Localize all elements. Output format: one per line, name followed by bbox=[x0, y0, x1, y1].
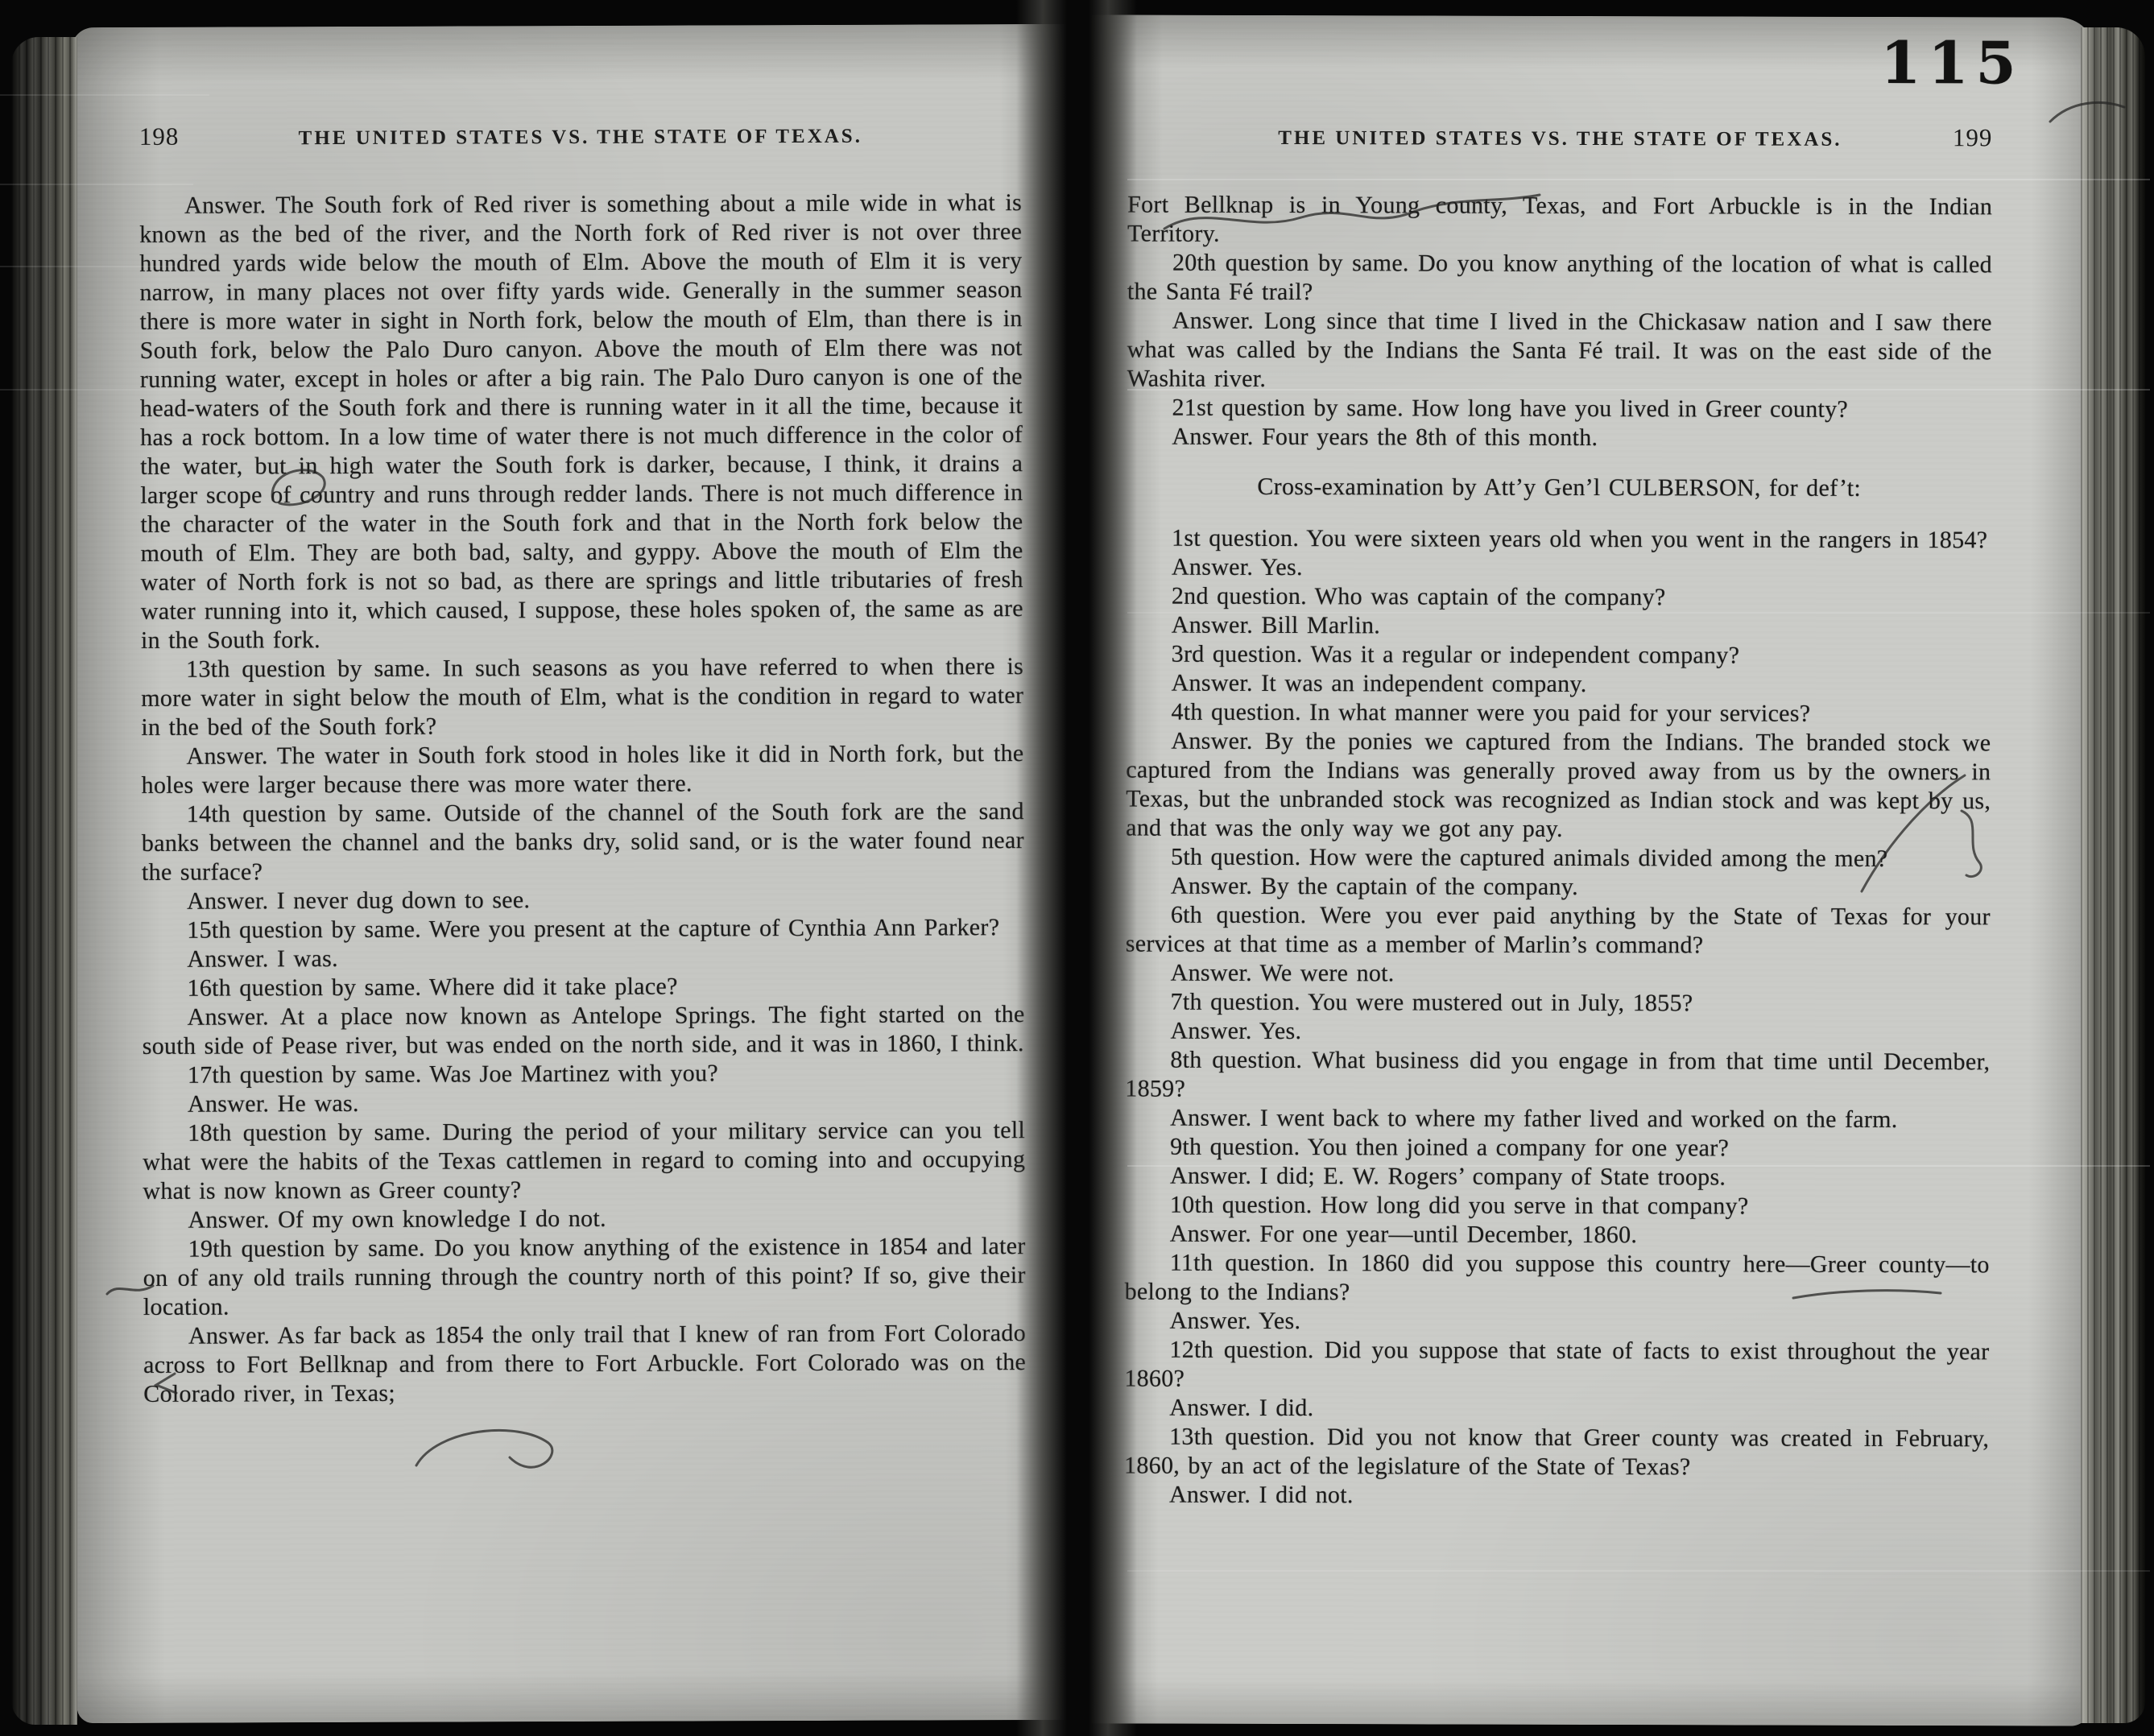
paragraph: 2nd question. Who was captain of the com… bbox=[1127, 582, 1991, 614]
paragraph: Answer. I went back to where my father l… bbox=[1125, 1104, 1990, 1135]
paragraph: Answer. It was an independent company. bbox=[1127, 669, 1991, 701]
paragraph: 18th question by same. During the period… bbox=[143, 1116, 1025, 1206]
text-column-right: Fort Bellknap is in Young county, Texas,… bbox=[1124, 191, 1992, 1512]
paragraph: 4th question. In what manner were you pa… bbox=[1126, 698, 1991, 730]
running-title-right: THE UNITED STATES VS. THE STATE OF TEXAS… bbox=[1201, 127, 1918, 151]
running-header-right: THE UNITED STATES VS. THE STATE OF TEXAS… bbox=[1127, 122, 1992, 153]
paragraph: 16th question by same. Where did it take… bbox=[142, 971, 1024, 1003]
paragraph: Answer. I did not. bbox=[1124, 1481, 1989, 1512]
right-page: 115 THE UNITED STATES VS. THE STATE OF T… bbox=[1073, 14, 2096, 1726]
running-header-left: 198 THE UNITED STATES VS. THE STATE OF T… bbox=[139, 119, 1022, 151]
page-gutter bbox=[1016, 0, 1137, 1736]
left-page-content: 198 THE UNITED STATES VS. THE STATE OF T… bbox=[71, 24, 1081, 1723]
paragraph: 12th question. Did you suppose that stat… bbox=[1124, 1336, 1989, 1396]
paragraph: Answer. I was. bbox=[142, 942, 1024, 974]
paragraph: 20th question by same. Do you know anyth… bbox=[1127, 249, 1992, 309]
page-number-right: 199 bbox=[1918, 123, 1992, 152]
text-column-left: Answer. The South fork of Red river is s… bbox=[139, 188, 1026, 1409]
paragraph: Answer. Four years the 8th of this month… bbox=[1127, 423, 1991, 454]
paragraph: 3rd question. Was it a regular or indepe… bbox=[1127, 640, 1991, 672]
paragraph: Answer. We were not. bbox=[1126, 959, 1991, 990]
paragraph: 9th question. You then joined a company … bbox=[1125, 1133, 1990, 1164]
section-heading: Cross-examination by Att’y Gen’l CULBERS… bbox=[1127, 473, 1991, 504]
paragraph: Answer. I did. bbox=[1124, 1394, 1989, 1425]
paragraph: 8th question. What business did you enga… bbox=[1125, 1046, 1990, 1106]
paragraph: Answer. By the captain of the company. bbox=[1126, 872, 1991, 903]
running-title-left: THE UNITED STATES VS. THE STATE OF TEXAS… bbox=[213, 125, 948, 150]
paragraph: Answer. Yes. bbox=[1124, 1307, 1989, 1338]
paragraph: Answer. Bill Marlin. bbox=[1127, 611, 1991, 643]
paragraph: 6th question. Were you ever paid anythin… bbox=[1126, 901, 1991, 961]
paragraph: Answer. He was. bbox=[143, 1087, 1025, 1119]
paragraph: 10th question. How long did you serve in… bbox=[1125, 1191, 1990, 1222]
paragraph: Answer. The water in South fork stood in… bbox=[141, 739, 1023, 800]
left-page-stack-edges bbox=[11, 37, 77, 1725]
paragraph: Answer. Long since that time I lived in … bbox=[1127, 307, 1992, 396]
paragraph: Fort Bellknap is in Young county, Texas,… bbox=[1127, 191, 1992, 251]
page-number-left: 198 bbox=[139, 122, 213, 151]
paragraph: Answer. I never dug down to see. bbox=[142, 884, 1024, 916]
paragraph: Answer. As far back as 1854 the only tra… bbox=[143, 1319, 1026, 1409]
paragraph: 15th question by same. Were you present … bbox=[142, 913, 1024, 945]
paragraph: Answer. Of my own knowledge I do not. bbox=[143, 1203, 1025, 1235]
paragraph: Answer. I did; E. W. Rogers’ company of … bbox=[1125, 1162, 1990, 1193]
paragraph: 5th question. How were the captured anim… bbox=[1126, 843, 1991, 874]
paragraph: Answer. Yes. bbox=[1127, 553, 1991, 585]
left-page: 198 THE UNITED STATES VS. THE STATE OF T… bbox=[71, 24, 1081, 1723]
paragraph: 19th question by same. Do you know anyth… bbox=[143, 1232, 1026, 1322]
book-scan-spread: 198 THE UNITED STATES VS. THE STATE OF T… bbox=[0, 0, 2154, 1736]
paragraph: Answer. Yes. bbox=[1125, 1017, 1990, 1048]
paragraph: Answer. The South fork of Red river is s… bbox=[139, 188, 1023, 655]
paragraph: Answer. At a place now known as Antelope… bbox=[143, 1000, 1025, 1061]
paragraph: 17th question by same. Was Joe Martinez … bbox=[143, 1058, 1025, 1090]
paragraph: 1st question. You were sixteen years old… bbox=[1127, 524, 1991, 556]
paragraph: 13th question by same. In such seasons a… bbox=[141, 652, 1023, 742]
right-page-stack-edges bbox=[2081, 27, 2145, 1723]
right-page-content: THE UNITED STATES VS. THE STATE OF TEXAS… bbox=[1073, 14, 2096, 1726]
paragraph: Answer. By the ponies we captured from t… bbox=[1126, 727, 1991, 845]
paragraph: 21st question by same. How long have you… bbox=[1127, 394, 1991, 425]
paragraph: 14th question by same. Outside of the ch… bbox=[142, 797, 1024, 887]
paragraph: 7th question. You were mustered out in J… bbox=[1126, 988, 1991, 1019]
paragraph: 13th question. Did you not know that Gre… bbox=[1124, 1423, 1989, 1483]
paragraph: 11th question. In 1860 did you suppose t… bbox=[1125, 1249, 1990, 1309]
paragraph: Answer. For one year—until December, 186… bbox=[1125, 1220, 1990, 1251]
